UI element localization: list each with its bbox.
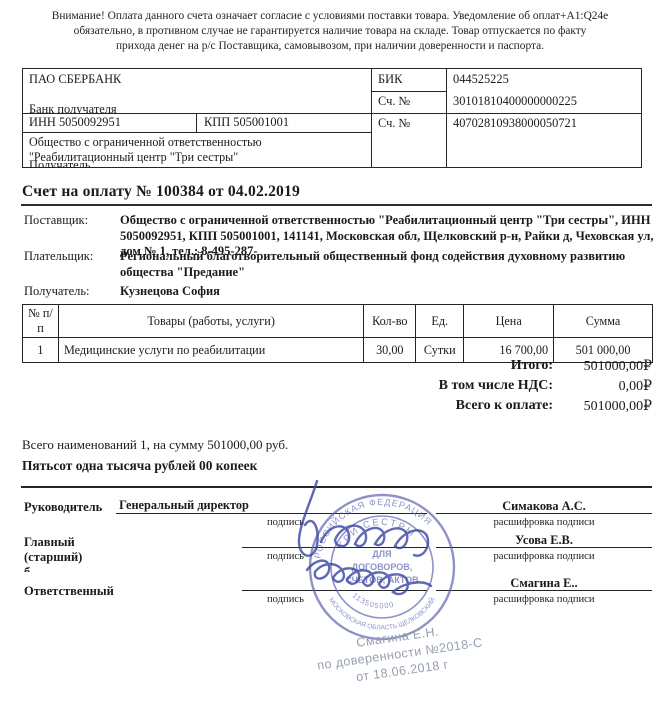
bik-label: БИК xyxy=(378,72,402,87)
receiver-label: Получатель: xyxy=(24,284,116,299)
col-price: Цена xyxy=(464,305,554,338)
role-chief-fragment: б xyxy=(24,565,30,572)
recipient-sublabel: Получатель xyxy=(29,159,229,168)
warning-line-3: прихода денег на р/с Поставщика, самовыв… xyxy=(28,39,632,54)
signature-stroke-usova xyxy=(321,526,428,556)
goods-header-row: № п/п Товары (работы, услуги) Кол-во Ед.… xyxy=(23,305,653,338)
col-unit: Ед. xyxy=(416,305,464,338)
bik-value: 044525225 xyxy=(453,72,509,87)
invoice-scan-page: Внимание! Оплата данного счета означает … xyxy=(0,0,660,707)
divider xyxy=(371,91,446,92)
handwritten-signatures xyxy=(255,478,475,628)
signature-stroke-flourish xyxy=(299,481,318,556)
amount-in-words: Пятьсот одна тысяча рублей 00 копеек xyxy=(22,458,257,474)
payer-value: Региональный благотворительный обществен… xyxy=(120,249,654,280)
title-divider xyxy=(21,204,652,206)
col-sum: Сумма xyxy=(554,305,653,338)
corr-account-value: 30101810400000000225 xyxy=(453,94,577,109)
supplier-inn: ИНН 5050092951 xyxy=(29,115,121,130)
payer-label: Плательщик: xyxy=(24,249,116,264)
divider xyxy=(23,132,371,133)
bank-name: ПАО СБЕРБАНК xyxy=(29,72,121,87)
payment-warning-text: Внимание! Оплата данного счета означает … xyxy=(28,9,632,54)
role-responsible: Ответственный xyxy=(24,584,114,599)
supplier-label: Поставщик: xyxy=(24,213,116,228)
col-number: № п/п xyxy=(23,305,59,338)
goods-table: № п/п Товары (работы, услуги) Кол-во Ед.… xyxy=(22,304,653,363)
signature-stroke-smagina xyxy=(307,561,431,594)
total-value: 501000,00₽ xyxy=(460,358,652,375)
account-label: Сч. № xyxy=(378,116,410,131)
grand-total-value: 501000,00₽ xyxy=(460,398,652,415)
role-director: Руководитель xyxy=(24,500,102,515)
warning-line-2: обязательно, в противном случае не гаран… xyxy=(28,24,632,39)
bank-sublabel: Банк получателя xyxy=(29,103,229,113)
divider xyxy=(446,69,447,167)
corr-account-label: Сч. № xyxy=(378,94,410,109)
vat-value: 0,00₽ xyxy=(460,378,652,395)
role-chief-line2: (старший) xyxy=(24,550,82,565)
role-chief-line1: Главный xyxy=(24,535,75,550)
cell-number: 1 xyxy=(23,338,59,363)
account-value: 40702810938000050721 xyxy=(453,116,577,131)
invoice-title: Счет на оплату № 100384 от 04.02.2019 xyxy=(22,183,300,201)
divider xyxy=(371,69,372,167)
bank-details-table: ПАО СБЕРБАНК Банк получателя ИНН 5050092… xyxy=(22,68,642,168)
supplier-kpp: КПП 505001001 xyxy=(204,115,289,130)
warning-line-1: Внимание! Оплата данного счета означает … xyxy=(28,9,632,24)
divider xyxy=(196,113,197,132)
col-qty: Кол-во xyxy=(364,305,416,338)
col-goods: Товары (работы, услуги) xyxy=(58,305,363,338)
position-title: Генеральный директор xyxy=(116,498,252,514)
receiver-value: Кузнецова София xyxy=(120,284,654,300)
items-count-line: Всего наименований 1, на сумму 501000,00… xyxy=(22,437,288,453)
